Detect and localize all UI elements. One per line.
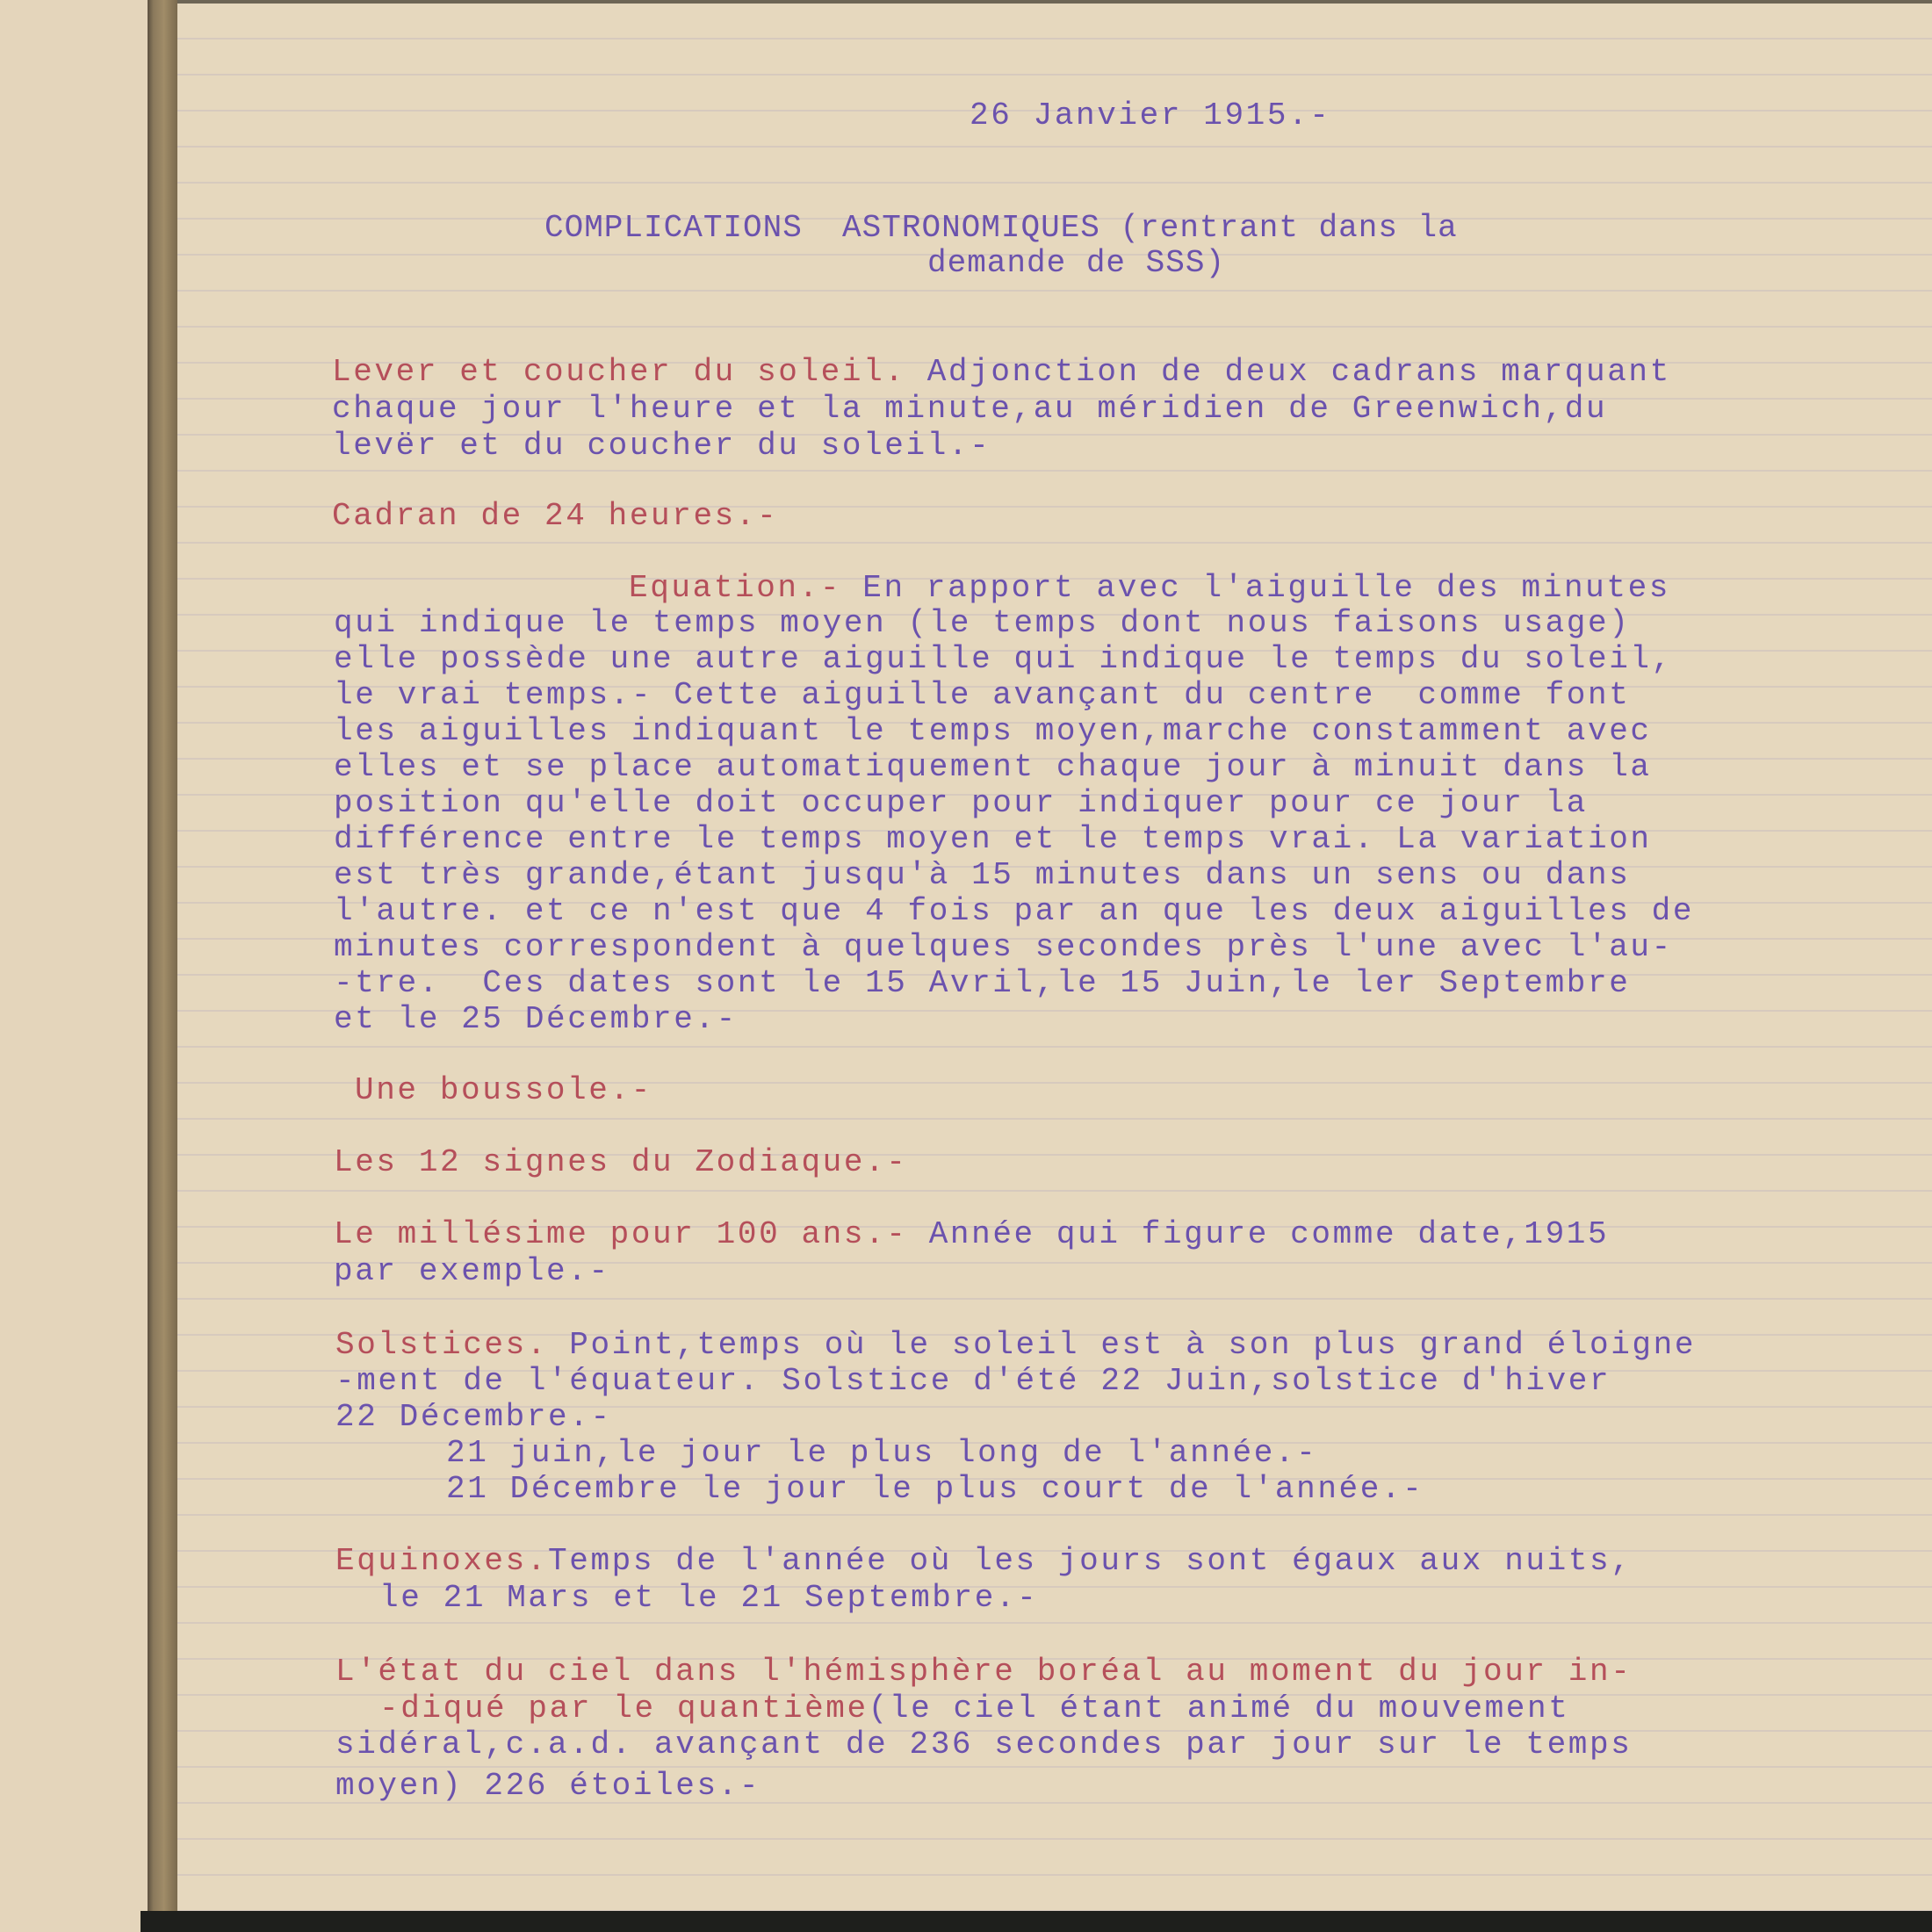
paragraph-lever-coucher: Lever et coucher du soleil. Adjonction d… — [332, 355, 1671, 390]
section-heading: -diqué par le quantième — [379, 1690, 869, 1727]
text-line: sidéral,c.a.d. avançant de 236 secondes … — [335, 1727, 1632, 1763]
section-heading: Equation.- — [629, 570, 841, 606]
text-line: (le ciel étant animé du mouvement — [869, 1690, 1570, 1727]
document-title-line-1: COMPLICATIONS ASTRONOMIQUES (rentrant da… — [544, 211, 1458, 246]
text-line: Année qui figure comme date,1915 — [908, 1216, 1610, 1252]
book-binding — [148, 0, 177, 1923]
document-title-line-2: demande de SSS) — [927, 246, 1225, 281]
text-line: 21 Décembre le jour le plus court de l'a… — [446, 1472, 1424, 1507]
text-line: 22 Décembre.- — [335, 1400, 612, 1435]
text-line: moyen) 226 étoiles.- — [335, 1769, 761, 1804]
text-line: 21 juin,le jour le plus long de l'année.… — [446, 1436, 1317, 1471]
text-line: elle possède une autre aiguille qui indi… — [334, 642, 1673, 677]
section-heading: L'état du ciel dans l'hémisphère boréal … — [335, 1654, 1632, 1690]
section-heading: Une boussole.- — [355, 1073, 652, 1108]
text-line: et le 25 Décembre.- — [334, 1002, 738, 1037]
text-line: Point,temps où le soleil est à son plus … — [548, 1327, 1696, 1363]
text-line: elles et se place automatiquement chaque… — [334, 750, 1652, 785]
text-line: différence entre le temps moyen et le te… — [334, 822, 1652, 857]
section-heading: Cadran de 24 heures.- — [332, 499, 778, 534]
text-line: chaque jour l'heure et la minute,au méri… — [332, 392, 1607, 427]
section-heading: Solstices. — [335, 1327, 548, 1363]
text-line: Temps de l'année où les jours sont égaux… — [548, 1543, 1632, 1579]
left-page-edge — [0, 0, 148, 1932]
section-heading: Equinoxes. — [335, 1543, 548, 1579]
text-line: le vrai temps.- Cette aiguille avançant … — [334, 678, 1630, 713]
paragraph-solstices: Solstices. Point,temps où le soleil est … — [335, 1328, 1696, 1363]
text-line: est très grande,étant jusqu'à 15 minutes… — [334, 858, 1630, 893]
text-line: les aiguilles indiquant le temps moyen,m… — [334, 714, 1652, 749]
text-line: qui indique le temps moyen (le temps don… — [334, 606, 1630, 641]
background-edge — [141, 1911, 1932, 1932]
text-line: l'autre. et ce n'est que 4 fois par an q… — [334, 894, 1694, 929]
section-heading: Lever et coucher du soleil. — [332, 354, 906, 390]
text-line: -ment de l'équateur. Solstice d'été 22 J… — [335, 1364, 1611, 1399]
text-line: minutes correspondent à quelques seconde… — [334, 930, 1673, 965]
paragraph-equation: Equation.- En rapport avec l'aiguille de… — [629, 571, 1670, 606]
section-heading: Les 12 signes du Zodiaque.- — [334, 1145, 908, 1180]
text-line: Adjonction de deux cadrans marquant — [906, 354, 1671, 390]
text-line: position qu'elle doit occuper pour indiq… — [334, 786, 1588, 821]
text-line: levër et du coucher du soleil.- — [332, 429, 991, 464]
document-date: 26 Janvier 1915.- — [970, 98, 1330, 133]
paragraph-etat-du-ciel: -diqué par le quantième(le ciel étant an… — [379, 1691, 1569, 1727]
text-line: le 21 Mars et le 21 Septembre.- — [379, 1581, 1038, 1616]
paragraph-equinoxes: Equinoxes.Temps de l'année où les jours … — [335, 1544, 1632, 1579]
text-line: -tre. Ces dates sont le 15 Avril,le 15 J… — [334, 966, 1630, 1001]
section-heading: Le millésime pour 100 ans.- — [334, 1216, 908, 1252]
text-line: par exemple.- — [334, 1254, 610, 1289]
paragraph-millesime: Le millésime pour 100 ans.- Année qui fi… — [334, 1217, 1609, 1252]
text-line: En rapport avec l'aiguille des minutes — [841, 570, 1670, 606]
